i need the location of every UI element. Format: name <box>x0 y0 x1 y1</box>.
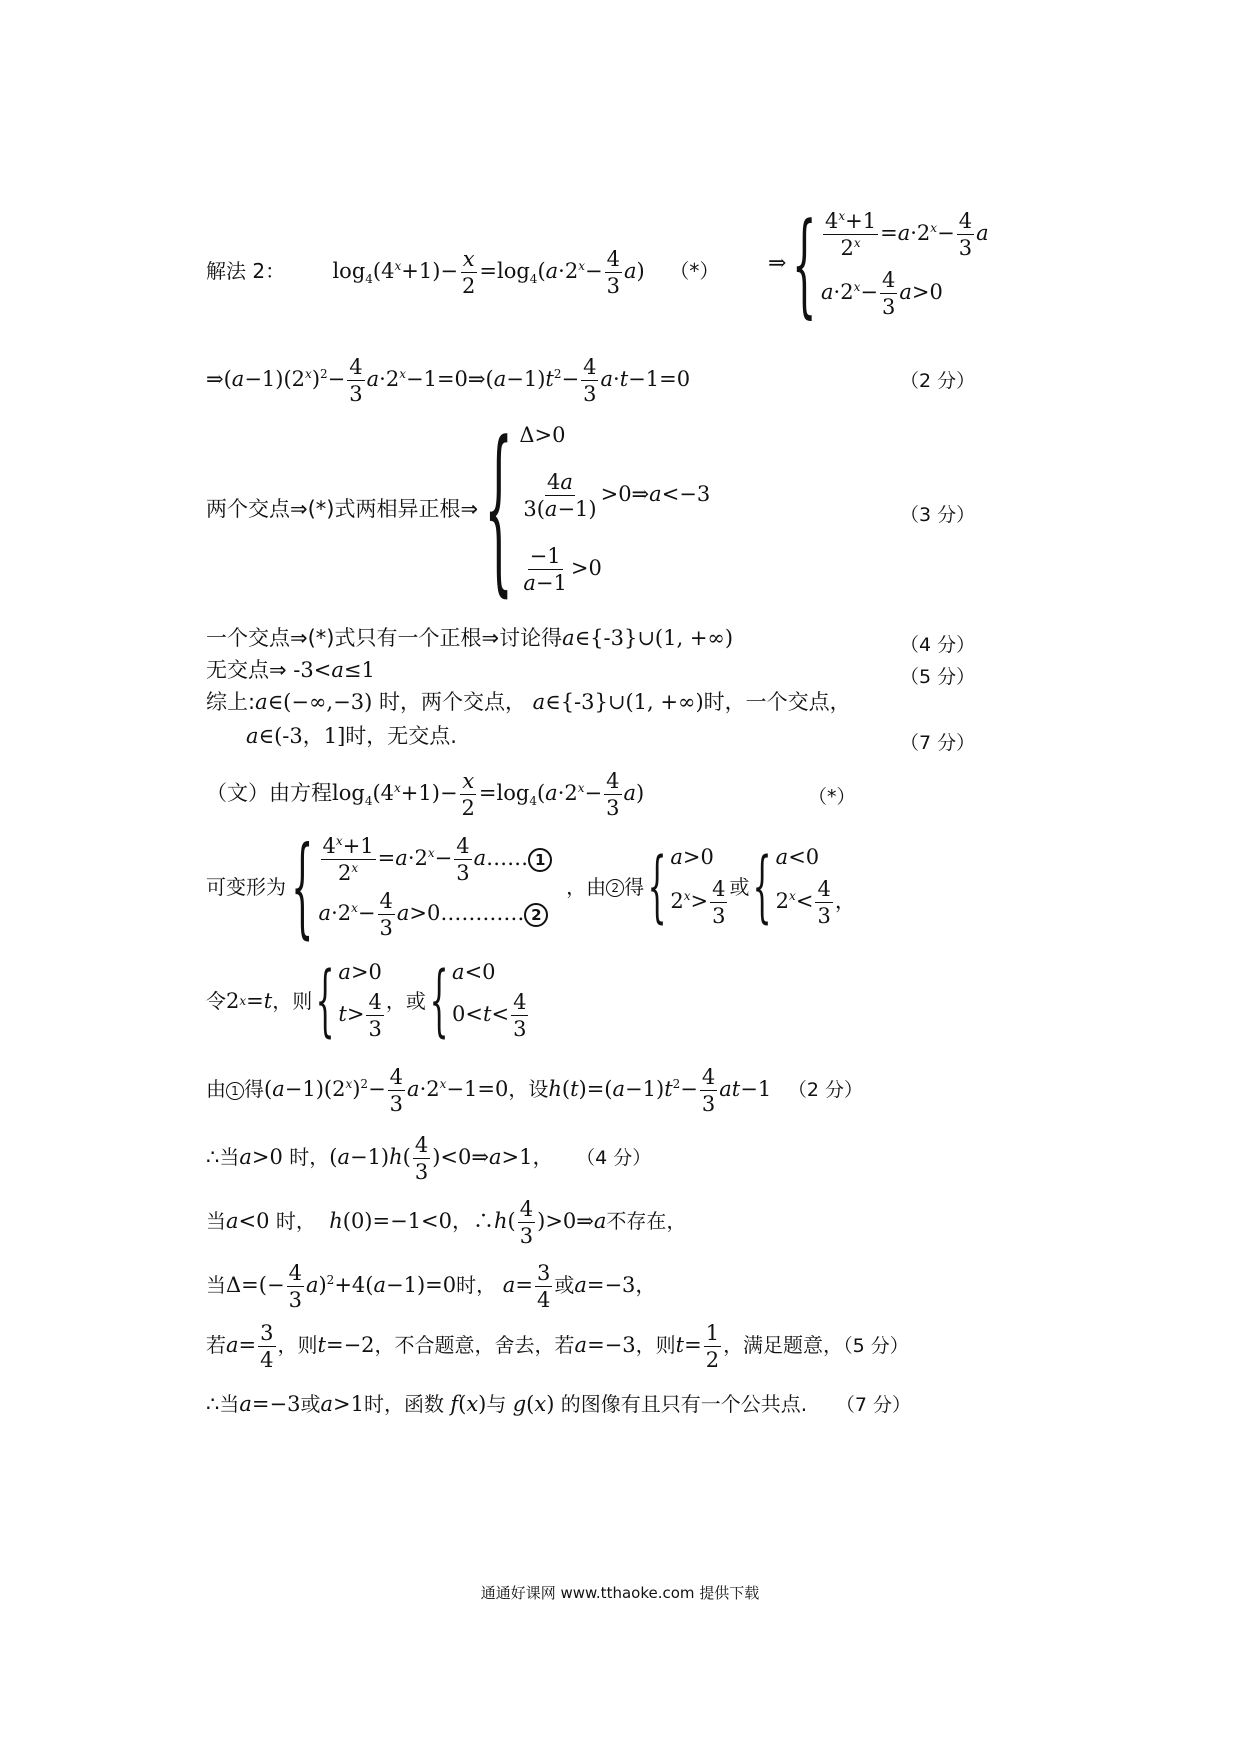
wen-conclusion-line: ∴当a=−3或a>1时，函数 f(x)与 g(x) 的图像有且只有一个公共点. … <box>206 1394 911 1415</box>
wen-or: 或 <box>729 877 749 897</box>
wen-t-or: ，或 <box>386 991 426 1011</box>
wen-case-a-pos-score: （4 分） <box>576 1147 651 1169</box>
summary-line2: a∈(-3，1]时，无交点. <box>246 726 457 747</box>
wen-equation: log4(4x+1)−x2=log4(a·2x−43a) <box>332 781 644 805</box>
wen-substitution-line: 令 2x=t，则 { a>0 t>43 ，或 { a<0 0<t<43 <box>206 958 530 1044</box>
wen-from1-line: 由1得(a−1)(2x)2−43a·2x−1=0，设h(t)=(a−1)t2−4… <box>206 1066 863 1115</box>
method2-equation-line: 解法 2： log4(4x+1)−x2=log4(a·2x−43a) （*） <box>206 248 719 297</box>
page-footer: 通通好课网 www.tthaoke.com 提供下载 <box>0 1582 1240 1603</box>
summary-score: （7 分） <box>900 728 975 755</box>
method2-tag: （*） <box>669 259 719 283</box>
step4-result: -3<a≤1 <box>287 658 375 682</box>
method2-equation: log4(4x+1)−x2=log4(a·2x−43a) <box>332 259 644 283</box>
step4-text: 无交点⇒ <box>206 658 287 682</box>
method2-implies-system: ⇒ { 4x+12x=a·2x−43a a·2x−43a>0 <box>768 205 989 323</box>
wen-transform-label: 可变形为 <box>206 877 286 897</box>
step3-result: a∈{-3}∪(1, +∞) <box>562 626 733 650</box>
method2-label: 解法 2： <box>206 259 285 283</box>
wen-case-a-neg: 当a<0 时， h(0)=−1<0，∴h(43)>0⇒a不存在， <box>206 1198 686 1247</box>
step2-line: 两个交点⇒(*)式两相异正根⇒ { Δ>0 4a3(a−1)>0⇒a<−3 −1… <box>206 412 710 607</box>
wen-transform-line: 可变形为 { 4x+12x=a·2x−43a……1 a·2x−43a>0…………… <box>206 832 856 942</box>
step3-score: （4 分） <box>900 630 975 657</box>
wen-label: （文）由方程 <box>206 781 332 805</box>
step4-score: （5 分） <box>900 662 975 689</box>
wen-delta-line: 当Δ=(−43a)2+4(a−1)=0时， a=34或a=−3， <box>206 1262 656 1311</box>
wen-case-a-pos: ∴当a>0 时，(a−1)h(43)<0⇒a>1， （4 分） <box>206 1134 651 1183</box>
wen-check-line: 若a=34，则t=−2，不合题意，舍去，若a=−3，则t=12，满足题意，（5 … <box>206 1322 909 1371</box>
step2-score: （3 分） <box>900 500 975 527</box>
step1-score: （2 分） <box>900 366 975 393</box>
step2-prefix: 两个交点⇒(*)式两相异正根⇒ <box>206 499 478 520</box>
step1-equation: ⇒(a−1)(2x)2−43a·2x−1=0⇒(a−1)t2−43a·t−1=0 <box>206 356 690 405</box>
summary-line1: 综上:a∈(−∞,−3) 时，两个交点， a∈{-3}∪(1, +∞)时，一个交… <box>206 692 851 713</box>
wen-from1-score: （2 分） <box>788 1079 863 1101</box>
wen-equation-line: （文）由方程log4(4x+1)−x2=log4(a·2x−43a) <box>206 770 644 819</box>
step3-text: 一个交点⇒(*)式只有一个正根⇒讨论得 <box>206 626 562 650</box>
step4-line: 无交点⇒ -3<a≤1 <box>206 660 375 681</box>
step3-line: 一个交点⇒(*)式只有一个正根⇒讨论得a∈{-3}∪(1, +∞) <box>206 628 733 649</box>
wen-tag: （*） <box>808 782 856 809</box>
wen-check-score: （5 分） <box>843 1335 909 1357</box>
wen-conclusion-score: （7 分） <box>836 1394 911 1416</box>
